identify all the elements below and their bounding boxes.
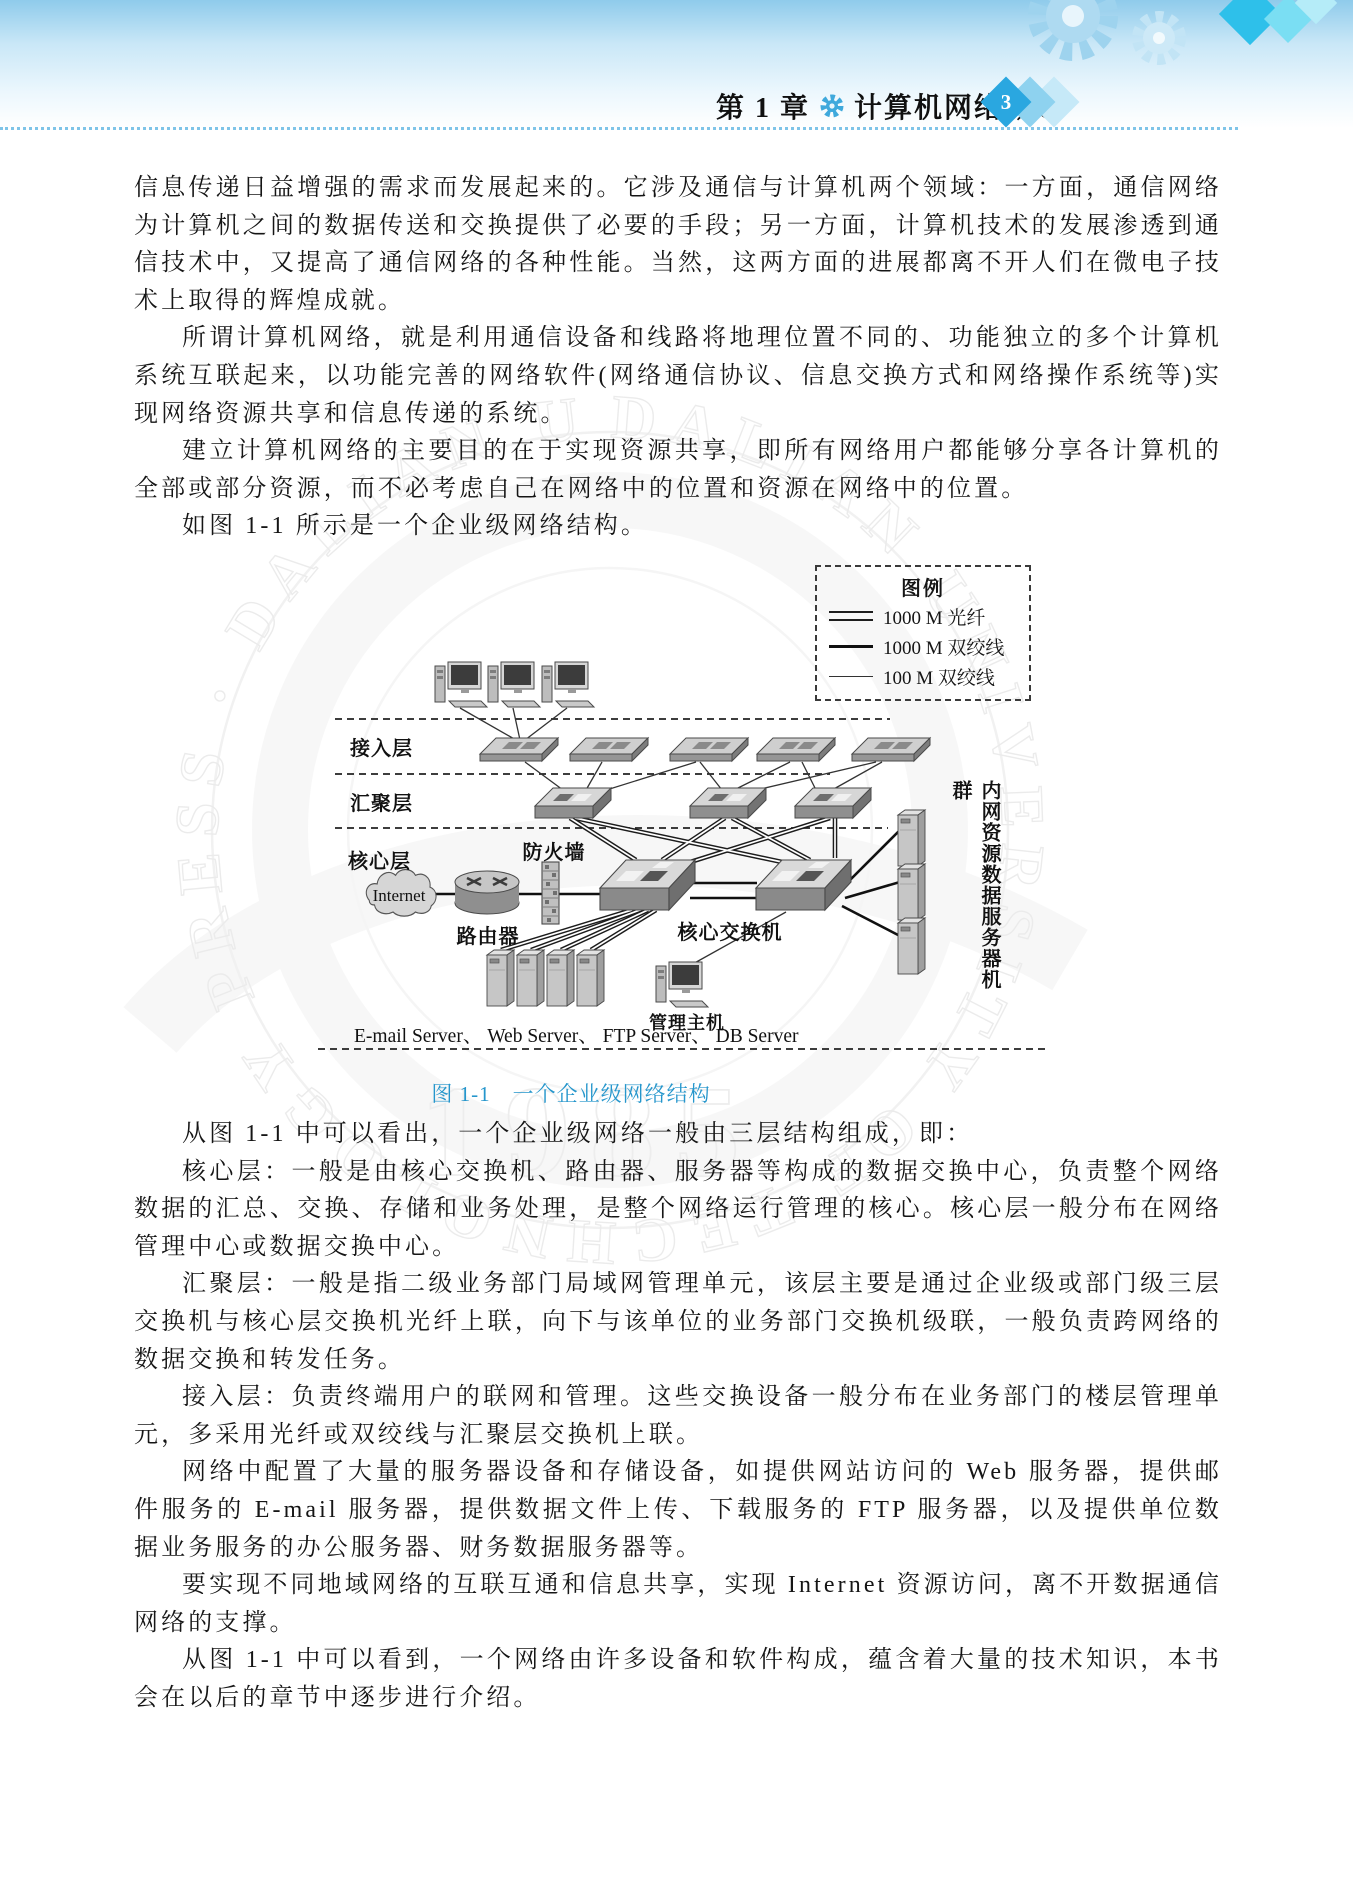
intranet-server xyxy=(898,810,925,866)
workstation-pc xyxy=(488,662,540,707)
legend-item: 1000 M 光纤 xyxy=(817,601,1029,631)
workstation-pc xyxy=(542,662,594,707)
paragraph: 信息传递日益增强的需求而发展起来的。它涉及通信与计算机两个领域：一方面，通信网络… xyxy=(134,170,1222,320)
db-server xyxy=(577,950,604,1006)
intranet-server xyxy=(898,918,925,974)
paragraph: 汇聚层：一般是指二级业务部门局域网管理单元，该层主要是通过企业级或部门级三层交换… xyxy=(134,1266,1222,1379)
figure-network-diagram: Internet xyxy=(270,450,1080,1115)
legend-item: 100 M 双绞线 xyxy=(817,661,1029,691)
workstation-pc xyxy=(435,662,487,707)
access-switch xyxy=(670,738,748,761)
aggregation-switch xyxy=(535,788,611,818)
aggregation-switch xyxy=(690,788,766,818)
firewall xyxy=(542,862,559,924)
core-switch-label: 核心交换机 xyxy=(668,916,792,945)
aggregation-switch xyxy=(795,788,871,818)
paragraph: 核心层：一般是由核心交换机、路由器、服务器等构成的数据交换中心，负责整个网络数据… xyxy=(134,1154,1222,1267)
server-row-label: E-mail Server、 Web Server、 FTP Server、 D… xyxy=(354,1020,798,1048)
management-host-pc xyxy=(656,962,708,1007)
core-layer-label: 核心层 xyxy=(348,845,411,874)
core-switch xyxy=(600,860,695,910)
fiber-line-sample xyxy=(829,611,873,621)
body-text-lower: 从图 1-1 中可以看出，一个企业级网络一般由三层结构组成，即： 核心层：一般是… xyxy=(134,1116,1222,1718)
paragraph: 网络中配置了大量的服务器设备和存储设备，如提供网站访问的 Web 服务器，提供邮… xyxy=(134,1454,1222,1567)
paragraph: 所谓计算机网络，就是利用通信设备和线路将地理位置不同的、功能独立的多个计算机系统… xyxy=(134,320,1222,433)
legend-box: 图例 1000 M 光纤 1000 M 双绞线 100 M 双绞线 xyxy=(815,565,1031,701)
firewall-label: 防火墙 xyxy=(516,836,592,865)
ftp-server xyxy=(547,950,574,1006)
aggregation-layer-label: 汇聚层 xyxy=(350,787,413,816)
tp100-line-sample xyxy=(829,676,873,677)
access-switch xyxy=(480,738,558,761)
web-server xyxy=(517,950,544,1006)
paragraph: 要实现不同地域网络的互联互通和信息共享，实现 Internet 资源访问，离不开… xyxy=(134,1567,1222,1642)
router xyxy=(455,871,519,914)
email-server xyxy=(487,950,514,1006)
access-layer-label: 接入层 xyxy=(350,732,413,761)
access-switch xyxy=(852,738,930,761)
paragraph: 从图 1-1 中可以看到，一个网络由许多设备和软件构成，蕴含着大量的技术知识，本… xyxy=(134,1642,1222,1717)
tp1000-line-sample xyxy=(829,645,873,648)
access-switch xyxy=(757,738,835,761)
router-label: 路由器 xyxy=(450,920,526,949)
paragraph: 接入层：负责终端用户的联网和管理。这些交换设备一般分布在业务部门的楼层管理单元，… xyxy=(134,1379,1222,1454)
internet-label: Internet xyxy=(373,886,426,905)
core-switch xyxy=(756,860,851,910)
intranet-server-cluster-label: 内网资源数据服务器机群 xyxy=(946,780,1004,998)
legend-title: 图例 xyxy=(817,572,1029,601)
access-switch xyxy=(570,738,648,761)
legend-item: 1000 M 双绞线 xyxy=(817,631,1029,661)
page-number: 3 xyxy=(986,82,1026,122)
paragraph: 从图 1-1 中可以看出，一个企业级网络一般由三层结构组成，即： xyxy=(134,1116,1222,1154)
book-page: DALIAN UNIVERSITY OF TECHNOLOGY PRESS · … xyxy=(0,0,1353,1885)
figure-caption: 图 1-1 一个企业级网络结构 xyxy=(330,1078,812,1108)
intranet-server xyxy=(898,864,925,920)
